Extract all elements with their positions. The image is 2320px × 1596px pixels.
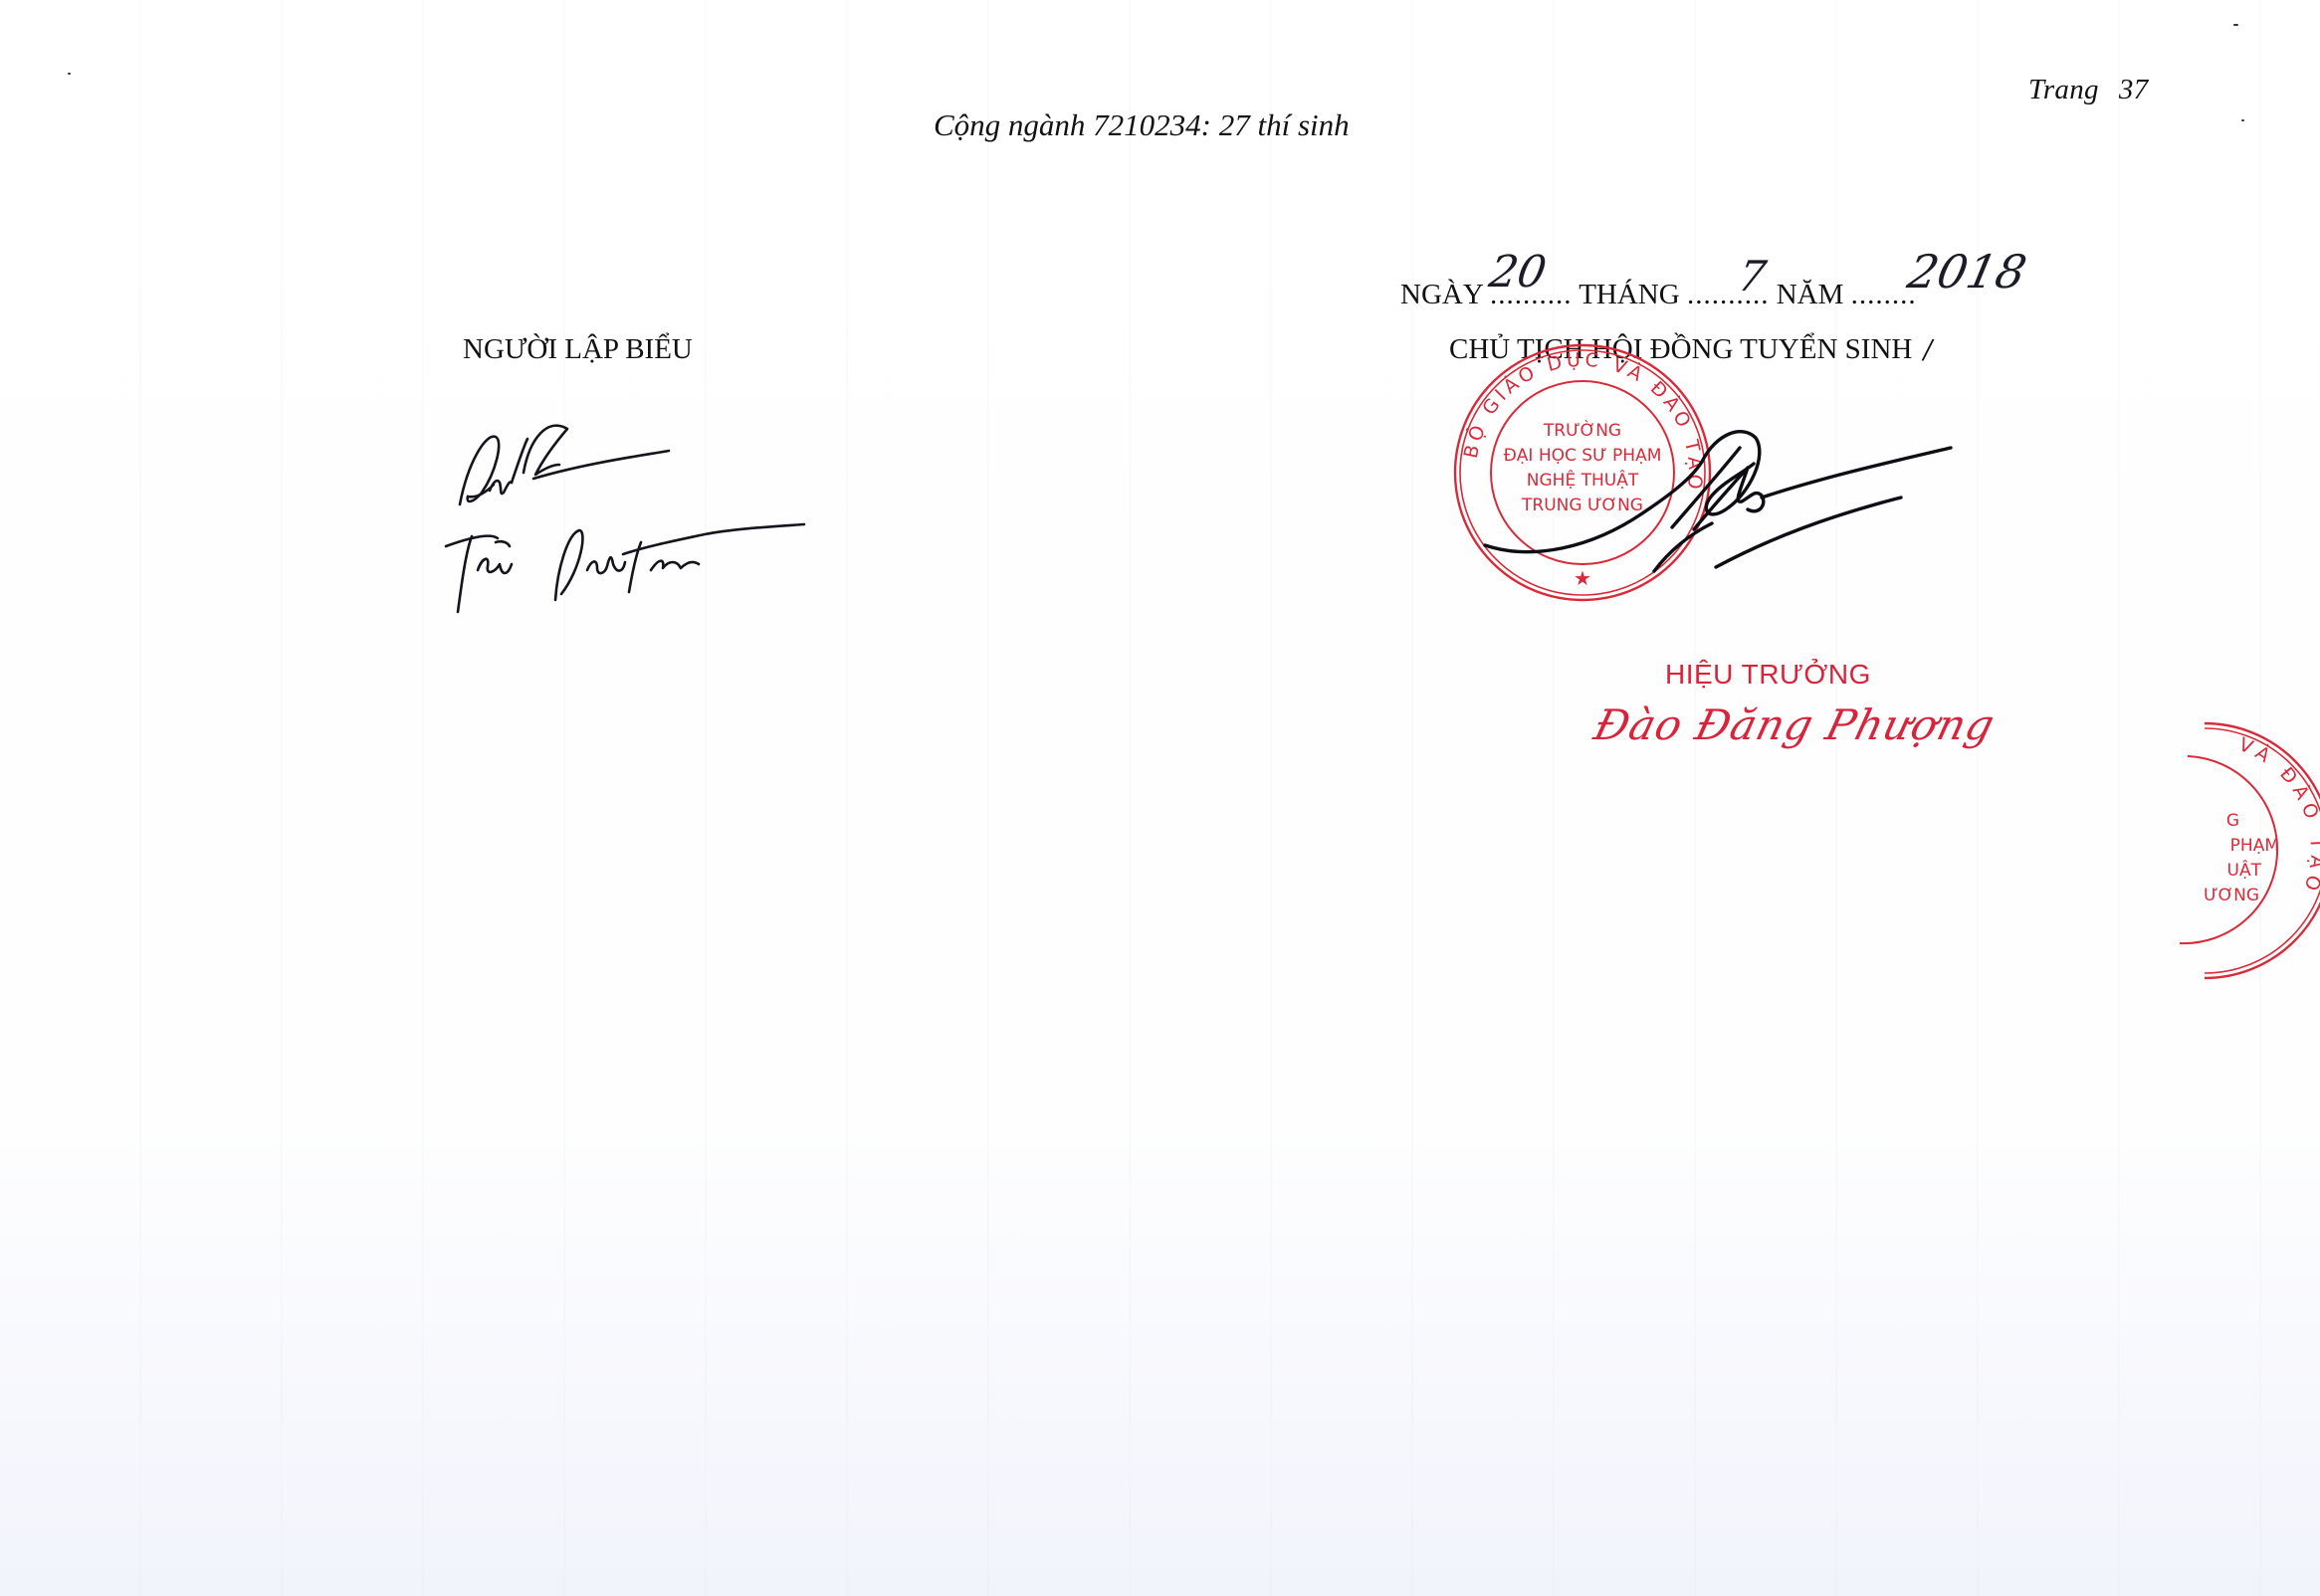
handwritten-year: 2018 (1903, 245, 2031, 299)
partial-stamp-line-2: PHẠM (2230, 836, 2279, 856)
page-number-value: 37 (2119, 74, 2149, 105)
month-label: THÁNG (1579, 279, 1680, 310)
page-label: Trang (2028, 74, 2099, 105)
major-total-line: Cộng ngành 7210234: 27 thí sinh (934, 107, 1350, 143)
preparer-title: NGƯỜI LẬP BIỂU (463, 333, 693, 366)
page-number: Trang37 (2028, 74, 2148, 106)
year-label: NĂM (1777, 279, 1844, 310)
partial-stamp-line-4: ƯƠNG (2204, 886, 2259, 905)
partial-stamp-line-3: UẬT (2227, 859, 2262, 881)
handwritten-day: 20 (1486, 247, 1551, 298)
scan-speck (2233, 24, 2238, 26)
partial-stamp-line-1: G (2226, 811, 2239, 831)
chair-signature (1473, 398, 1971, 637)
date-line: NGÀY .......... THÁNG .......... NĂM ...… (1400, 279, 1917, 311)
initial-mark: / (1924, 335, 1933, 365)
partial-stamp: VÀ ĐÀO TẠO G PHẠM UẬT ƯƠNG (2070, 716, 2320, 985)
principal-role: HIỆU TRƯỞNG (1665, 659, 1871, 691)
scan-texture (0, 0, 2320, 1596)
scan-speck (2241, 119, 2244, 121)
principal-name: Đào Đăng Phượng (1589, 700, 2001, 749)
preparer-signature (438, 393, 836, 632)
day-label: NGÀY (1400, 279, 1483, 310)
scan-speck (68, 73, 71, 75)
